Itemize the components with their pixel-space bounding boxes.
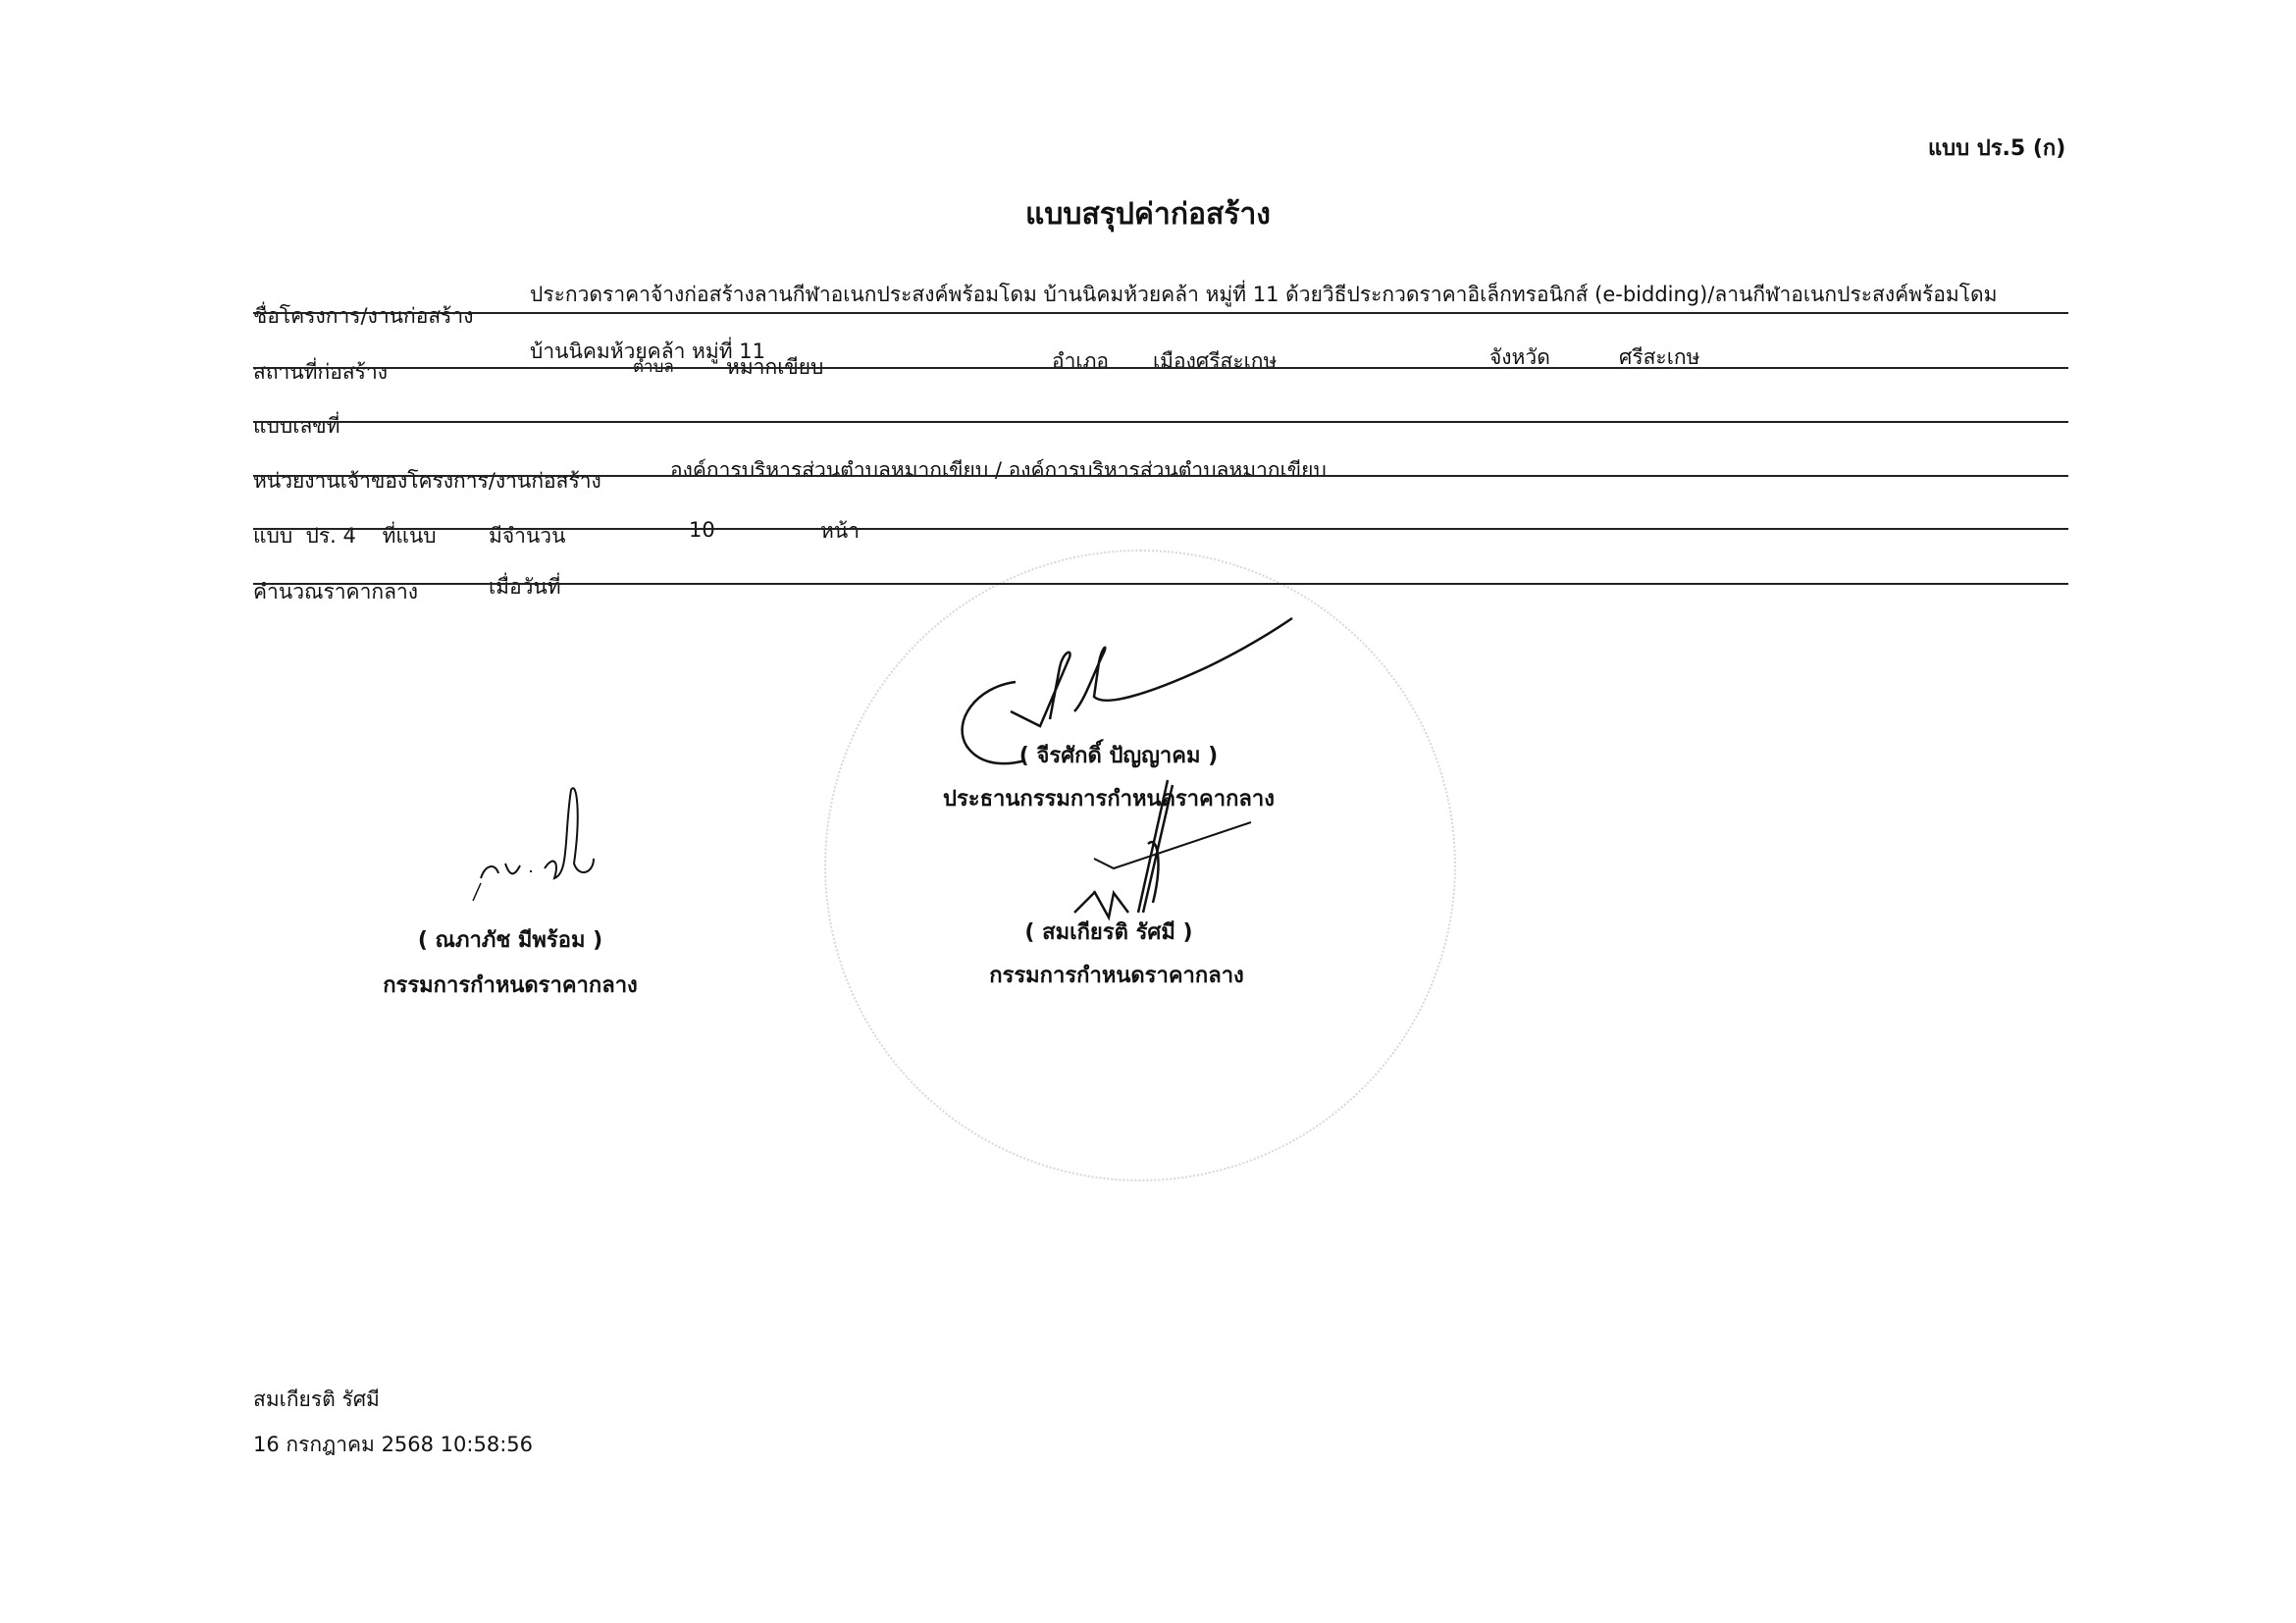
- project-name-label: ชื่อโครงการ/งานก่อสร้าง: [253, 300, 473, 333]
- owner-agency-label: หน่วยงานเจ้าของโครงการ/งานก่อสร้าง: [253, 465, 601, 497]
- row-divider: [253, 312, 2068, 314]
- province-value: ศรีสะเกษ: [1619, 341, 1699, 374]
- district-label: อำเภอ: [1052, 345, 1109, 378]
- calculated-label: คำนวณราคากลาง: [253, 576, 418, 608]
- location-label: สถานที่ก่อสร้าง: [253, 356, 388, 389]
- owner-agency-value: องค์การบริหารส่วนตำบลหมากเขียบ / องค์การ…: [670, 454, 1327, 487]
- province-label: จังหวัด: [1489, 341, 1550, 374]
- signature-member-left: [461, 785, 618, 903]
- signature-name-chairman: ( จีรศักดิ์ ปัญญาคม ): [1019, 738, 1218, 772]
- row-divider: [253, 583, 2068, 585]
- attachment-count-label: มีจำนวน: [489, 520, 565, 552]
- attachment-unit: หน้า: [820, 515, 860, 548]
- signature-name-member-left: ( ณภาภัช มีพร้อม ): [418, 922, 602, 957]
- row-divider: [253, 528, 2068, 530]
- attachment-label: แบบ ปร. 4 ที่แนบ: [253, 520, 437, 552]
- attachment-count: 10: [689, 518, 715, 542]
- printed-by: สมเกียรติ รัศมี: [253, 1384, 380, 1416]
- calculated-date-label: เมื่อวันที่: [489, 571, 561, 603]
- form-code: แบบ ปร.5 (ก): [1928, 131, 2065, 165]
- row-divider: [253, 475, 2068, 477]
- row-divider: [253, 367, 2068, 369]
- district-value: เมืองศรีสะเกษ: [1153, 345, 1277, 378]
- printed-at: 16 กรกฎาคม 2568 10:58:56: [253, 1429, 533, 1461]
- signature-role-member-right: กรรมการกำหนดราคากลาง: [989, 958, 1244, 992]
- signature-name-member-right: ( สมเกียรติ รัศมี ): [1024, 915, 1192, 949]
- signature-member-right: [1055, 775, 1261, 932]
- row-divider: [253, 421, 2068, 423]
- signature-role-member-left: กรรมการกำหนดราคากลาง: [383, 968, 638, 1002]
- drawing-no-label: แบบเลขที่: [253, 410, 339, 443]
- document-title: แบบสรุปค่าก่อสร้าง: [0, 191, 2296, 237]
- project-name-value: ประกวดราคาจ้างก่อสร้างลานกีฬาอเนกประสงค์…: [530, 279, 1997, 311]
